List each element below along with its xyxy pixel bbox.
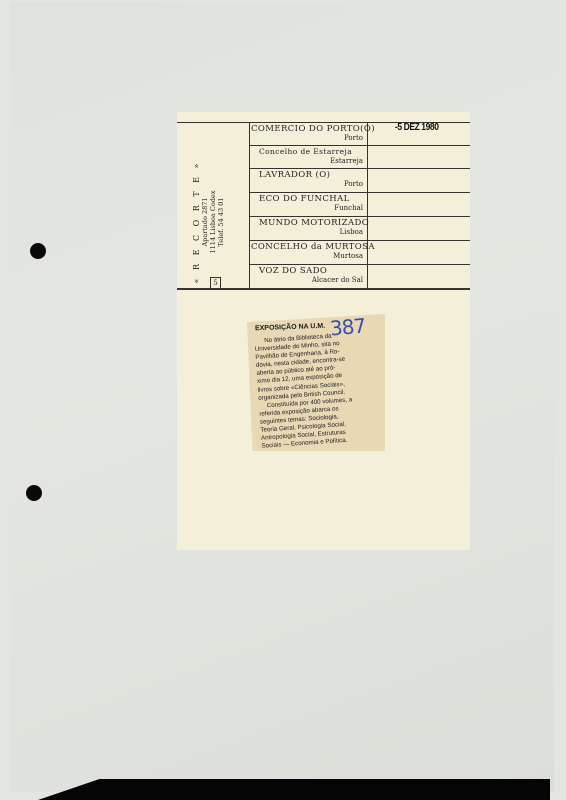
page-number: 5: [210, 277, 221, 289]
publication-item: CONCELHO da MURTOSA Murtosa: [251, 242, 367, 261]
agency-address-1: Apartado 2871: [201, 161, 209, 284]
divider: [249, 145, 470, 146]
press-stamp: « R E C O R T E » Apartado 2871 1114 Lis…: [177, 112, 470, 290]
punch-hole-icon: [26, 485, 42, 501]
clipping-headline: EXPOSIÇÃO NA U.M.: [255, 323, 325, 332]
publication-item: VOZ DO SADO Alcacer do Sal: [251, 266, 367, 285]
divider: [249, 216, 470, 217]
agency-address-2: 1114 Lisboa Codex: [209, 161, 217, 284]
agency-name: « R E C O R T E »: [193, 161, 201, 284]
agency-phone: Telef. 54 43 01: [217, 161, 225, 284]
divider: [249, 240, 470, 241]
divider: [249, 168, 470, 169]
date-stamp: -5 DEZ 1980: [395, 122, 439, 133]
scan-shadow: [38, 779, 550, 800]
publication-item: COMERCIO DO PORTO(O) Porto: [251, 124, 367, 143]
divider: [249, 264, 470, 265]
punch-hole-icon: [30, 243, 46, 259]
agency-info: « R E C O R T E » Apartado 2871 1114 Lis…: [179, 152, 239, 292]
divider: [249, 192, 470, 193]
publication-item: MUNDO MOTORIZADO Lisboa: [251, 218, 367, 237]
publication-item: ECO DO FUNCHAL Funchal: [251, 194, 367, 213]
publication-item: Concelho de Estarreja Estarreja: [251, 147, 367, 166]
clipping-body: No átrio da Biblioteca da Universidade d…: [254, 329, 389, 451]
publication-item: LAVRADOR (O) Porto: [251, 170, 367, 189]
newspaper-clipping: EXPOSIÇÃO NA U.M. 387 No átrio da Biblio…: [247, 314, 385, 451]
